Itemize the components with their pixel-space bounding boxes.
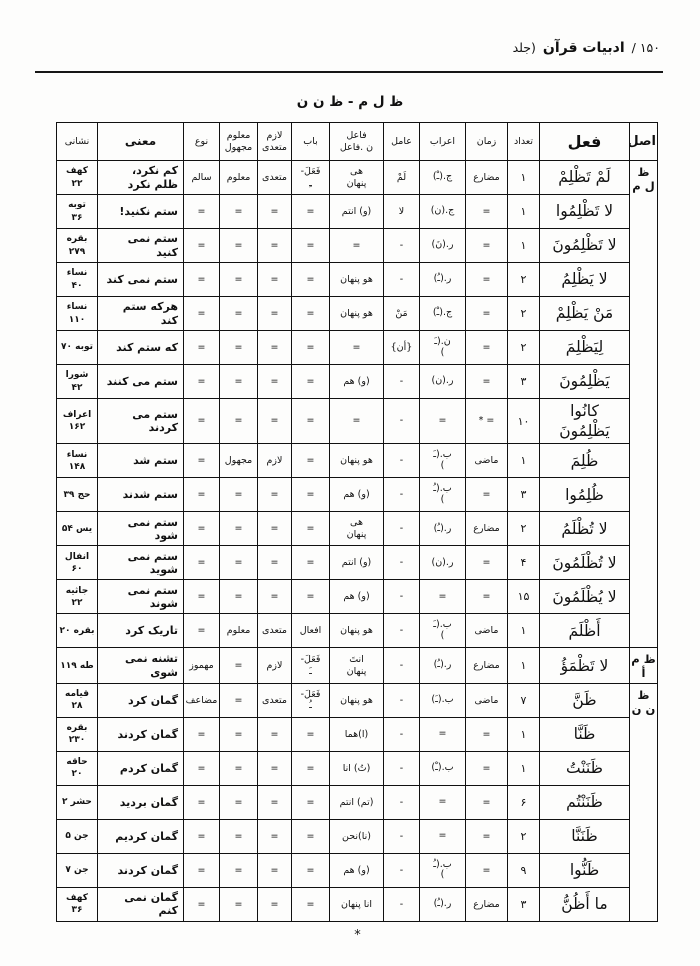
cell-erab: = (420, 717, 466, 751)
cell-malum: معلوم (220, 161, 258, 195)
cell-fael: (نا)نحن (330, 819, 384, 853)
cell-bab: = (292, 297, 330, 331)
cell-malum: = (220, 819, 258, 853)
cell-no: سالم (184, 161, 220, 195)
cell-no: = (184, 751, 220, 785)
cell-amel: - (384, 751, 420, 785)
cell-fel: لا تُظْلَمُونَ (540, 546, 630, 580)
cell-no: = (184, 853, 220, 887)
cell-zaman: = (466, 195, 508, 229)
cell-malum: مجهول (220, 444, 258, 478)
cell-fael: انا پنهان (330, 887, 384, 921)
cell-malum: = (220, 263, 258, 297)
cell-tedad: ۱ (508, 195, 540, 229)
table-row: لا يُظْلَمُونَ۱۵==-(و) هم====ستم نمی شون… (57, 580, 658, 614)
cell-malum: = (220, 331, 258, 365)
col-header-fel: فعل (540, 123, 630, 161)
cell-malum: = (220, 683, 258, 717)
cell-tedad: ۹ (508, 853, 540, 887)
cell-bab: فَعَلَ- ـَ (292, 648, 330, 684)
cell-tedad: ۱ (508, 161, 540, 195)
cell-tedad: ۷ (508, 683, 540, 717)
cell-mani: ستم می کردند (98, 399, 184, 444)
cell-neshani: نساء ۴۰ (57, 263, 98, 297)
cell-malum: = (220, 365, 258, 399)
cell-erab: ر.(ـُ) (420, 512, 466, 546)
cell-malum: معلوم (220, 614, 258, 648)
cell-bab: = (292, 365, 330, 399)
cell-amel: - (384, 819, 420, 853)
cell-amel: لا (384, 195, 420, 229)
cell-fael: هو پنهان (330, 614, 384, 648)
table-row: ظ ن نظَنَّ۷ماضیب.(ـَ)-هو پنهانفَعَلَ- ـُ… (57, 683, 658, 717)
cell-mani: گمان کردیم (98, 819, 184, 853)
cell-tedad: ۱۰ (508, 399, 540, 444)
cell-mani: ستم نمی کند (98, 263, 184, 297)
cell-no: = (184, 785, 220, 819)
cell-neshani: جاثیه ۲۲ (57, 580, 98, 614)
cell-amel: - (384, 683, 420, 717)
cell-mani: کم نکرد، ظلم نکرد (98, 161, 184, 195)
cell-mani: ستم نمی کنید (98, 229, 184, 263)
cell-fel: ظَنَّا (540, 717, 630, 751)
cell-tedad: ۲ (508, 512, 540, 546)
cell-amel: - (384, 512, 420, 546)
cell-bab: افعال (292, 614, 330, 648)
cell-fael: (و) هم (330, 853, 384, 887)
cell-erab: ب.(ـَ) (420, 683, 466, 717)
table-row: لا تَظْلِمُونَ۱=ر.(نَ)-=====ستم نمی کنید… (57, 229, 658, 263)
cell-amel: - (384, 785, 420, 819)
cell-zaman: مضارع (466, 512, 508, 546)
cell-malum: = (220, 399, 258, 444)
cell-mani: ستم نکنید! (98, 195, 184, 229)
cell-fael: هو پنهان (330, 263, 384, 297)
cell-tedad: ۶ (508, 785, 540, 819)
cell-fel: ظَنَنْتُم (540, 785, 630, 819)
cell-zaman: = (466, 546, 508, 580)
conjugation-table-wrap: اصلفعلتعدادزماناعرابعاملفاعل ن .فاعلبابل… (56, 122, 658, 922)
cell-lazem: متعدی (258, 683, 292, 717)
cell-amel: - (384, 478, 420, 512)
cell-lazem: = (258, 331, 292, 365)
cell-malum: = (220, 512, 258, 546)
cell-zaman: مضارع (466, 887, 508, 921)
col-header-amel: عامل (384, 123, 420, 161)
cell-zaman: = * (466, 399, 508, 444)
page-header: ۱۵۰ / ادبیات قرآن (جلد (38, 40, 660, 56)
cell-bab: = (292, 546, 330, 580)
cell-lazem: = (258, 717, 292, 751)
cell-erab: ر.(ـُ) (420, 263, 466, 297)
cell-no: = (184, 614, 220, 648)
cell-amel: لَمْ (384, 161, 420, 195)
cell-fel: ظَنُّوا (540, 853, 630, 887)
table-row: ظ م ألا تَظْمَؤُ۱مضارعر.(ـُ)-انتَ پنهانف… (57, 648, 658, 684)
cell-amel: - (384, 853, 420, 887)
cell-mani: گمان کردم (98, 751, 184, 785)
cell-fael: = (330, 229, 384, 263)
cell-fel: أَظْلَمَ (540, 614, 630, 648)
footnote-asterisk: * (57, 928, 658, 943)
cell-fael: هو پنهان (330, 683, 384, 717)
cell-tedad: ۱ (508, 751, 540, 785)
root-group-label: ظ م أ (630, 648, 658, 684)
cell-tedad: ۱ (508, 229, 540, 263)
cell-lazem: = (258, 478, 292, 512)
cell-mani: ستم نمی شود (98, 512, 184, 546)
cell-malum: = (220, 648, 258, 684)
cell-erab: = (420, 785, 466, 819)
cell-malum: = (220, 297, 258, 331)
table-row: لا تَظْلِمُوا۱=ج.(ن)لا(و) انتم====ستم نک… (57, 195, 658, 229)
cell-fael: (تُ) انا (330, 751, 384, 785)
cell-amel: - (384, 399, 420, 444)
cell-fel: يَظْلِمُونَ (540, 365, 630, 399)
cell-neshani: توبه ۳۶ (57, 195, 98, 229)
cell-lazem: = (258, 785, 292, 819)
cell-tedad: ۱ (508, 614, 540, 648)
cell-fel: كانُوا يَظْلِمُونَ (540, 399, 630, 444)
col-header-neshani: نشانی (57, 123, 98, 161)
cell-no: = (184, 331, 220, 365)
cell-neshani: جن ۷ (57, 853, 98, 887)
cell-lazem: = (258, 751, 292, 785)
cell-erab: ج.(ـْ) (420, 161, 466, 195)
table-row: كانُوا يَظْلِمُونَ۱۰= *=-=====ستم می کرد… (57, 399, 658, 444)
cell-malum: = (220, 478, 258, 512)
cell-bab: = (292, 229, 330, 263)
cell-erab: = (420, 399, 466, 444)
table-row: لا تُظْلَمُونَ۴=ر.(ن)-(و) انتم====ستم نم… (57, 546, 658, 580)
cell-tedad: ۲ (508, 331, 540, 365)
cell-malum: = (220, 195, 258, 229)
cell-lazem: لازم (258, 444, 292, 478)
cell-fel: لا يُظْلَمُونَ (540, 580, 630, 614)
cell-fel: لا تَظْلِمُوا (540, 195, 630, 229)
cell-erab: ب.(ـَ ) (420, 614, 466, 648)
cell-no: = (184, 819, 220, 853)
cell-zaman: = (466, 751, 508, 785)
cell-no: مهموز (184, 648, 220, 684)
cell-mani: ستم نمی شوند (98, 580, 184, 614)
cell-malum: = (220, 229, 258, 263)
cell-fael: هو پنهان (330, 297, 384, 331)
cell-zaman: مضارع (466, 161, 508, 195)
cell-bab: = (292, 399, 330, 444)
cell-bab: = (292, 785, 330, 819)
cell-fel: لا تَظْمَؤُ (540, 648, 630, 684)
cell-erab: ن.(ـَ ) (420, 331, 466, 365)
cell-bab: = (292, 331, 330, 365)
cell-mani: تشنه نمی شوی (98, 648, 184, 684)
cell-fel: ما أَظُنُّ (540, 887, 630, 921)
cell-zaman: = (466, 785, 508, 819)
cell-erab: ج.(ـْ) (420, 297, 466, 331)
cell-neshani: نساء ۱۴۸ (57, 444, 98, 478)
cell-neshani: حشر ۲ (57, 785, 98, 819)
cell-lazem: = (258, 512, 292, 546)
cell-no: مضاعف (184, 683, 220, 717)
cell-fel: لا يَظْلِمُ (540, 263, 630, 297)
cell-fael: (و) انتم (330, 195, 384, 229)
cell-erab: = (420, 819, 466, 853)
cell-tedad: ۲ (508, 819, 540, 853)
cell-no: = (184, 546, 220, 580)
cell-fael: (و) هم (330, 365, 384, 399)
cell-no: = (184, 365, 220, 399)
cell-lazem: = (258, 580, 292, 614)
cell-neshani: انفال ۶۰ (57, 546, 98, 580)
col-header-asl: اصل (630, 123, 658, 161)
cell-tedad: ۲ (508, 297, 540, 331)
cell-fael: = (330, 399, 384, 444)
cell-erab: ب.(ـَ ) (420, 444, 466, 478)
cell-zaman: = (466, 263, 508, 297)
table-row: ظَنَنَّا۲==-(نا)نحن====گمان کردیمجن ۵ (57, 819, 658, 853)
cell-bab: = (292, 819, 330, 853)
table-row: ظَنُّوا۹=ب.(ـُ )-(و) هم====گمان کردندجن … (57, 853, 658, 887)
cell-lazem: = (258, 297, 292, 331)
cell-mani: گمان بردید (98, 785, 184, 819)
cell-erab: ر.(ن) (420, 365, 466, 399)
cell-amel: مَنْ (384, 297, 420, 331)
cell-neshani: یس ۵۴ (57, 512, 98, 546)
page-number: ۱۵۰ / (632, 40, 660, 55)
cell-amel: {أن} (384, 331, 420, 365)
cell-amel: - (384, 229, 420, 263)
col-header-zaman: زمان (466, 123, 508, 161)
cell-bab: = (292, 512, 330, 546)
col-header-mani: معنی (98, 123, 184, 161)
cell-no: = (184, 478, 220, 512)
cell-neshani: نساء ۱۱۰ (57, 297, 98, 331)
cell-fel: لِيَظْلِمَ (540, 331, 630, 365)
cell-malum: = (220, 546, 258, 580)
table-title: ظ ل م - ظ ن ن (0, 94, 700, 110)
cell-bab: فَعَلَ- ـِ (292, 161, 330, 195)
cell-fael: انتَ پنهان (330, 648, 384, 684)
cell-fel: لَمْ تَظْلِمْ (540, 161, 630, 195)
table-row: أَظْلَمَ۱ماضیب.(ـَ )-هو پنهانافعالمتعدیم… (57, 614, 658, 648)
cell-fael: (و) انتم (330, 546, 384, 580)
cell-fel: ظَنَنَّا (540, 819, 630, 853)
cell-neshani: جن ۵ (57, 819, 98, 853)
cell-mani: ستم شدند (98, 478, 184, 512)
cell-zaman: = (466, 229, 508, 263)
cell-mani: ستم شد (98, 444, 184, 478)
cell-erab: ر.(ن) (420, 546, 466, 580)
cell-fel: ظُلِمَ (540, 444, 630, 478)
cell-amel: - (384, 887, 420, 921)
table-row: ظَنَنْتُم۶==-(تم) انتم====گمان بردیدحشر … (57, 785, 658, 819)
cell-no: = (184, 229, 220, 263)
cell-neshani: کهف ۲۲ (57, 161, 98, 195)
col-header-no: نوع (184, 123, 220, 161)
cell-bab: = (292, 751, 330, 785)
cell-fael: (و) هم (330, 580, 384, 614)
cell-tedad: ۱ (508, 444, 540, 478)
cell-lazem: = (258, 887, 292, 921)
root-group-label: ظ ن ن (630, 683, 658, 921)
cell-neshani: اعراف ۱۶۲ (57, 399, 98, 444)
cell-no: = (184, 887, 220, 921)
cell-no: = (184, 444, 220, 478)
cell-fel: مَنْ يَظْلِمْ (540, 297, 630, 331)
cell-tedad: ۳ (508, 365, 540, 399)
cell-fel: لا تَظْلِمُونَ (540, 229, 630, 263)
cell-amel: - (384, 546, 420, 580)
cell-fel: لا تُظْلَمُ (540, 512, 630, 546)
cell-fael: = (330, 331, 384, 365)
table-row: ما أَظُنُّ۳مضارعر.(ـُ)-انا پنهان====گمان… (57, 887, 658, 921)
cell-fel: ظُلِمُوا (540, 478, 630, 512)
cell-tedad: ۱۵ (508, 580, 540, 614)
table-head: اصلفعلتعدادزماناعرابعاملفاعل ن .فاعلبابل… (57, 123, 658, 161)
table-row: ظ ل ملَمْ تَظْلِمْ۱مضارعج.(ـْ)لَمْهی پنه… (57, 161, 658, 195)
cell-bab: = (292, 444, 330, 478)
cell-malum: = (220, 717, 258, 751)
cell-malum: = (220, 751, 258, 785)
table-row: ظُلِمُوا۳=ب.(ـُ )-(و) هم====ستم شدندحج ۳… (57, 478, 658, 512)
cell-erab: ب.(ـُ ) (420, 478, 466, 512)
col-header-malum: معلوم مجهول (220, 123, 258, 161)
cell-neshani: شورا ۴۲ (57, 365, 98, 399)
cell-fel: ظَنَنْتُ (540, 751, 630, 785)
cell-erab: ب.(ـُ ) (420, 853, 466, 887)
cell-neshani: طه ۱۱۹ (57, 648, 98, 684)
cell-neshani: قیامه ۲۸ (57, 683, 98, 717)
cell-lazem: = (258, 229, 292, 263)
cell-amel: - (384, 648, 420, 684)
cell-amel: - (384, 365, 420, 399)
cell-lazem: = (258, 195, 292, 229)
cell-erab: ر.(نَ) (420, 229, 466, 263)
cell-tedad: ۲ (508, 263, 540, 297)
cell-fael: هی پنهان (330, 161, 384, 195)
cell-erab: ب.(ـْ) (420, 751, 466, 785)
cell-lazem: = (258, 853, 292, 887)
cell-neshani: بقره ۲۷۹ (57, 229, 98, 263)
cell-lazem: = (258, 546, 292, 580)
cell-lazem: = (258, 263, 292, 297)
cell-zaman: ماضی (466, 444, 508, 478)
cell-no: = (184, 297, 220, 331)
cell-mani: هرکه ستم کند (98, 297, 184, 331)
header-divider (35, 71, 663, 73)
cell-lazem: متعدی (258, 614, 292, 648)
cell-lazem: متعدی (258, 161, 292, 195)
cell-erab: = (420, 580, 466, 614)
cell-neshani: حاقه ۲۰ (57, 751, 98, 785)
cell-neshani: توبه ۷۰ (57, 331, 98, 365)
cell-lazem: = (258, 399, 292, 444)
cell-tedad: ۱ (508, 648, 540, 684)
cell-amel: - (384, 263, 420, 297)
table-row: ظَنَنْتُ۱=ب.(ـْ)-(تُ) انا====گمان کردمحا… (57, 751, 658, 785)
cell-fael: هی پنهان (330, 512, 384, 546)
cell-neshani: حج ۳۹ (57, 478, 98, 512)
table-row: يَظْلِمُونَ۳=ر.(ن)-(و) هم====ستم می کنند… (57, 365, 658, 399)
cell-neshani: کهف ۳۶ (57, 887, 98, 921)
cell-lazem: لازم (258, 648, 292, 684)
cell-zaman: = (466, 331, 508, 365)
cell-bab: = (292, 195, 330, 229)
col-header-tedad: تعداد (508, 123, 540, 161)
cell-zaman: = (466, 297, 508, 331)
book-title: ادبیات قرآن (543, 40, 625, 56)
cell-zaman: = (466, 580, 508, 614)
cell-mani: گمان کرد (98, 683, 184, 717)
cell-mani: گمان کردند (98, 853, 184, 887)
cell-tedad: ۳ (508, 478, 540, 512)
table-row: لا يَظْلِمُ۲=ر.(ـُ)-هو پنهان====ستم نمی … (57, 263, 658, 297)
cell-no: = (184, 580, 220, 614)
book-page: ۱۵۰ / ادبیات قرآن (جلد ظ ل م - ظ ن ن اصل… (0, 0, 700, 966)
cell-mani: تاریک کرد (98, 614, 184, 648)
cell-no: = (184, 195, 220, 229)
cell-malum: = (220, 853, 258, 887)
col-header-fael: فاعل ن .فاعل (330, 123, 384, 161)
table-body: ظ ل ملَمْ تَظْلِمْ۱مضارعج.(ـْ)لَمْهی پنه… (57, 161, 658, 922)
cell-tedad: ۱ (508, 717, 540, 751)
cell-no: = (184, 512, 220, 546)
cell-amel: - (384, 580, 420, 614)
cell-fael: (تم) انتم (330, 785, 384, 819)
col-header-lazem: لازم متعدی (258, 123, 292, 161)
cell-bab: = (292, 478, 330, 512)
cell-malum: = (220, 580, 258, 614)
cell-bab: = (292, 263, 330, 297)
cell-fael: (و) هم (330, 478, 384, 512)
header-row: اصلفعلتعدادزماناعرابعاملفاعل ن .فاعلبابل… (57, 123, 658, 161)
cell-zaman: = (466, 819, 508, 853)
cell-mani: ستم نمی شوید (98, 546, 184, 580)
cell-bab: فَعَلَ- ـُ (292, 683, 330, 717)
cell-zaman: ماضی (466, 683, 508, 717)
cell-mani: گمان نمی کنم (98, 887, 184, 921)
cell-zaman: ماضی (466, 614, 508, 648)
cell-erab: ر.(ـُ) (420, 887, 466, 921)
cell-erab: ج.(ن) (420, 195, 466, 229)
cell-tedad: ۴ (508, 546, 540, 580)
cell-fel: ظَنَّ (540, 683, 630, 717)
root-group-label: ظ ل م (630, 161, 658, 648)
cell-fael: (ا)هما (330, 717, 384, 751)
table-row: ظَنَّا۱==-(ا)هما====گمان کردندبقره ۲۳۰ (57, 717, 658, 751)
cell-zaman: = (466, 717, 508, 751)
cell-lazem: = (258, 365, 292, 399)
cell-no: = (184, 399, 220, 444)
cell-bab: = (292, 853, 330, 887)
cell-malum: = (220, 785, 258, 819)
table-row: لِيَظْلِمَ۲=ن.(ـَ ){أن}=====که ستم کندتو… (57, 331, 658, 365)
cell-mani: گمان کردند (98, 717, 184, 751)
cell-mani: ستم می کنند (98, 365, 184, 399)
volume-suffix: (جلد (513, 40, 536, 55)
cell-amel: - (384, 444, 420, 478)
table-row: مَنْ يَظْلِمْ۲=ج.(ـْ)مَنْهو پنهان====هرک… (57, 297, 658, 331)
cell-no: = (184, 717, 220, 751)
col-header-bab: باب (292, 123, 330, 161)
cell-zaman: = (466, 365, 508, 399)
cell-tedad: ۳ (508, 887, 540, 921)
cell-bab: = (292, 887, 330, 921)
cell-amel: - (384, 614, 420, 648)
cell-erab: ر.(ـُ) (420, 648, 466, 684)
table-row: لا تُظْلَمُ۲مضارعر.(ـُ)-هی پنهان====ستم … (57, 512, 658, 546)
table-row: ظُلِمَ۱ماضیب.(ـَ )-هو پنهان=لازممجهول=ست… (57, 444, 658, 478)
